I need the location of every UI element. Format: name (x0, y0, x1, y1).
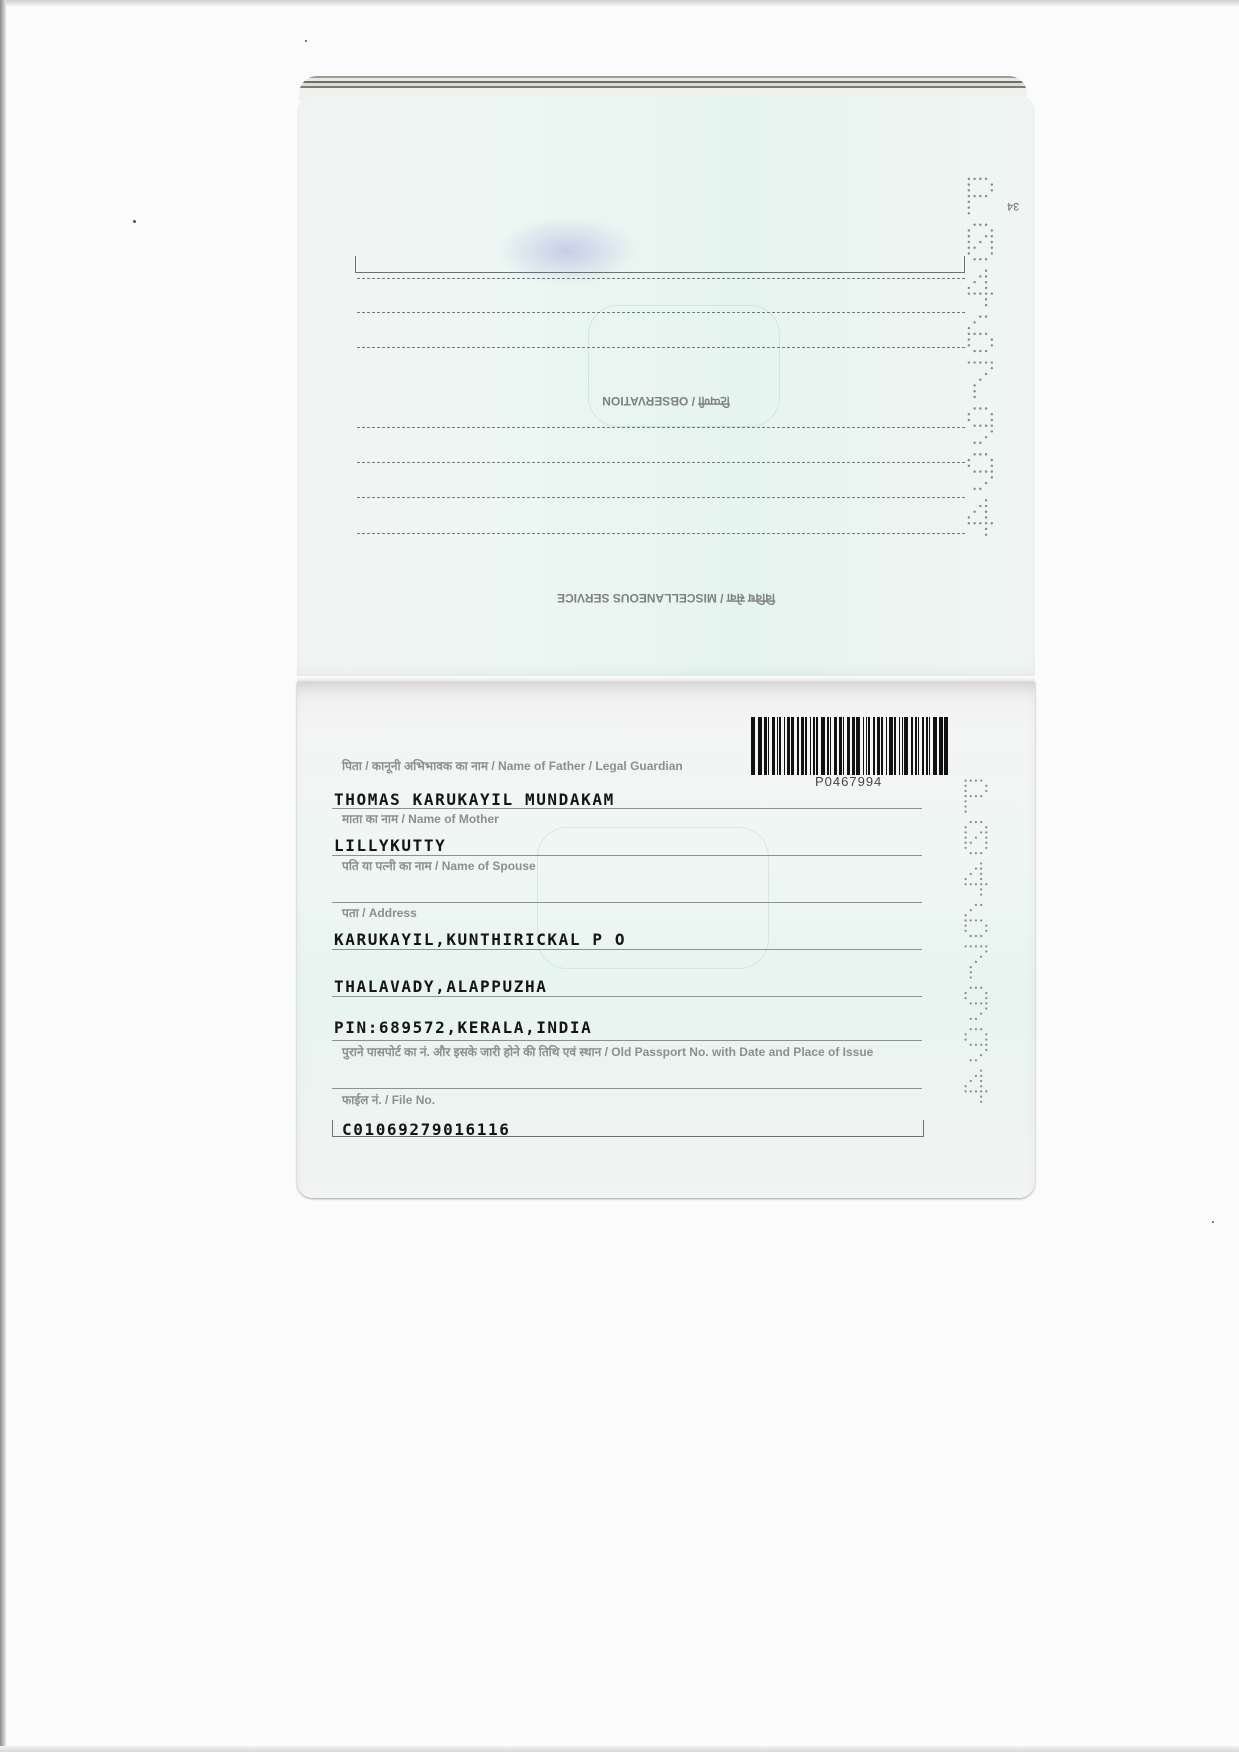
perforation-dot (968, 516, 970, 518)
perforation-dot (968, 189, 970, 191)
barcode-bar (899, 717, 900, 775)
spouse-name-label: पति या पत्नी का नाम / Name of Spouse (342, 857, 536, 874)
barcode-bar (904, 717, 908, 775)
perforation-dot (970, 1038, 972, 1040)
perforation-dot (979, 327, 981, 329)
perforation-dot (991, 430, 993, 432)
perforation-dot (973, 258, 975, 260)
perforation-dot (979, 470, 981, 472)
perforation-dot (968, 252, 970, 254)
perforation-dot (970, 821, 972, 823)
perforation-dot (991, 396, 993, 398)
perforation-dot (970, 976, 972, 978)
barcode-bar (779, 717, 781, 775)
perforation-dot (973, 499, 975, 501)
perforation-dot (964, 888, 966, 890)
perforation-dot (964, 1090, 966, 1092)
perforation-dot (973, 327, 975, 329)
perforation-dot (964, 1075, 966, 1077)
perforation-dot (975, 883, 977, 885)
perforation-dot (968, 459, 970, 461)
perforated-number (963, 778, 989, 1104)
perforation-dot (991, 183, 993, 185)
perforation-dot (968, 361, 970, 363)
perforation-dot (979, 390, 981, 392)
perforation-dot (968, 201, 970, 203)
perforation-dot (973, 195, 975, 197)
perforation-dot (991, 206, 993, 208)
perforation-dot (985, 287, 987, 289)
perforation-dot (964, 878, 966, 880)
perforation-dot (968, 247, 970, 249)
perforation-dot (975, 1044, 977, 1046)
perforation-dot (985, 522, 987, 524)
perforation-dot (991, 476, 993, 478)
perforation-dot (985, 904, 987, 906)
perforation-dot (985, 950, 987, 952)
perforation-dot (991, 419, 993, 421)
perforation-dot (985, 338, 987, 340)
perforation-dot (979, 292, 981, 294)
perforation-dot (964, 997, 966, 999)
observation-heading: टिप्पणी / OBSERVATION (297, 393, 1035, 410)
perforation-dot (980, 1095, 982, 1097)
barcode-bar (768, 717, 769, 775)
perforation-dot (973, 419, 975, 421)
perforation-dot (968, 511, 970, 513)
perforation-dot (970, 1002, 972, 1004)
file-number-label: फाईल नं. / File No. (342, 1091, 435, 1108)
perforation-dot (973, 511, 975, 513)
perforation-dot (964, 950, 966, 952)
perforation-dot (970, 800, 972, 802)
perforation-dot (964, 992, 966, 994)
perforation-dot (979, 465, 981, 467)
perforation-dot (991, 338, 993, 340)
perforation-dot (968, 287, 970, 289)
perforation-dot (964, 800, 966, 802)
perforation-dot (980, 1075, 982, 1077)
perforation-gap (970, 940, 972, 942)
perforation-dot (964, 1054, 966, 1056)
perforation-dot (964, 1080, 966, 1082)
perforation-dot (980, 976, 982, 978)
perforation-dot (968, 476, 970, 478)
barcode-number: P0467994 (815, 774, 882, 789)
perforation-dot (970, 997, 972, 999)
perforation-dot (975, 862, 977, 864)
perforation-dot (964, 930, 966, 932)
perforation-dot (985, 201, 987, 203)
perforation-dot (985, 847, 987, 849)
perforation-dot (985, 826, 987, 828)
perforation-dot (991, 275, 993, 277)
scan-edge-top (0, 0, 1239, 6)
perforation-dot (979, 424, 981, 426)
perforation-dot (985, 1090, 987, 1092)
perforation-dot (970, 878, 972, 880)
perforation-gap (985, 940, 987, 942)
perforation-dot (991, 315, 993, 317)
perforation-dot (979, 436, 981, 438)
perforation-dot (979, 430, 981, 432)
perforation-dot (968, 407, 970, 409)
perforation-dot (985, 831, 987, 833)
perforation-dot (968, 333, 970, 335)
perforation-dot (985, 873, 987, 875)
barcode-bar (863, 717, 864, 775)
observation-box (355, 256, 965, 273)
perforation-dot (964, 821, 966, 823)
perforation-dot (985, 1013, 987, 1015)
barcode-bar (805, 717, 807, 775)
perforation-dot (970, 836, 972, 838)
perforation-gap (964, 816, 966, 818)
perforation-dot (973, 224, 975, 226)
perforation-dot (979, 528, 981, 530)
perforation-dot (964, 826, 966, 828)
observation-page-rotated: विविध सेवा / MISCELLANEOUS SERVICE टिप्प… (297, 96, 1035, 682)
perforation-dot (991, 201, 993, 203)
observation-line (357, 278, 965, 279)
perforation-dot (968, 470, 970, 472)
perforation-dot (985, 852, 987, 854)
perforation-dot (980, 795, 982, 797)
perforation-dot (985, 842, 987, 844)
perforation-dot (985, 785, 987, 787)
perforation-dot (985, 258, 987, 260)
perforation-gap (991, 310, 993, 312)
perforation-dot (991, 361, 993, 363)
father-name-label: पिता / कानूनी अभिभावक का नाम / Name of F… (342, 757, 683, 774)
perforation-dot (991, 384, 993, 386)
perforation-dot (980, 992, 982, 994)
perforation-gap (985, 1064, 987, 1066)
perforation-dot (980, 1028, 982, 1030)
perforation-dot (980, 1002, 982, 1004)
perforation-dot (991, 298, 993, 300)
scan-speck (1212, 1221, 1214, 1223)
perforation-dot (980, 987, 982, 989)
perforation-dot (979, 396, 981, 398)
perforation-gap (991, 356, 993, 358)
perforation-dot (968, 384, 970, 386)
perforation-dot (975, 878, 977, 880)
perforation-dot (985, 470, 987, 472)
perforation-dot (979, 522, 981, 524)
perforation-dot (973, 424, 975, 426)
perforation-dot (985, 836, 987, 838)
perforation-dot (970, 826, 972, 828)
perforation-dot (973, 344, 975, 346)
perforation-dot (973, 183, 975, 185)
perforation-gap (991, 218, 993, 220)
perforation-dot (968, 315, 970, 317)
perforation-dot (975, 992, 977, 994)
perforation-dot (991, 407, 993, 409)
perforation-dot (979, 321, 981, 323)
perforation-dot (968, 367, 970, 369)
perforation-dot (991, 321, 993, 323)
perforation-dot (973, 379, 975, 381)
perforation-dot (985, 379, 987, 381)
perforation-dot (985, 350, 987, 352)
perforation-dot (970, 1018, 972, 1020)
perforation-gap (975, 1023, 977, 1025)
perforation-dot (979, 367, 981, 369)
perforation-dot (975, 1002, 977, 1004)
perforation-dot (979, 275, 981, 277)
perforation-gap (979, 356, 981, 358)
perforation-dot (970, 987, 972, 989)
perforation-dot (985, 1018, 987, 1020)
perforation-dot (973, 338, 975, 340)
perforation-gap (979, 264, 981, 266)
field-underline (332, 808, 922, 809)
perforation-dot (980, 997, 982, 999)
perforation-gap (968, 356, 970, 358)
perforation-dot (979, 516, 981, 518)
perforation-gap (991, 402, 993, 404)
perforation-dot (985, 419, 987, 421)
perforation-dot (975, 888, 977, 890)
perforation-gap (973, 402, 975, 404)
perforation-dot (979, 252, 981, 254)
perforation-dot (970, 1070, 972, 1072)
perforation-dot (975, 987, 977, 989)
perforation-dot (975, 873, 977, 875)
perforation-dot (980, 1085, 982, 1087)
perforation-dot (991, 459, 993, 461)
perforation-dot (964, 1013, 966, 1015)
perforation-dot (975, 925, 977, 927)
perforation-dot (964, 805, 966, 807)
barcode-bar (944, 717, 948, 775)
field-underline (332, 1088, 922, 1089)
perforation-dot (970, 919, 972, 921)
perforation-dot (973, 436, 975, 438)
perforation-dot (985, 499, 987, 501)
perforation-dot (975, 935, 977, 937)
perforation-dot (973, 505, 975, 507)
perforation-dot (973, 488, 975, 490)
perforation-dot (985, 511, 987, 513)
perforation-dot (979, 534, 981, 536)
perforation-dot (968, 292, 970, 294)
barcode-bar (918, 717, 919, 775)
perforation-dot (964, 925, 966, 927)
perforation-dot (964, 971, 966, 973)
perforation-dot (991, 235, 993, 237)
perforation-dot (973, 528, 975, 530)
perforation-gap (964, 1064, 966, 1066)
perforation-dot (985, 1049, 987, 1051)
perforation-gap (970, 1023, 972, 1025)
perforation-dot (980, 1038, 982, 1040)
perforation-dot (979, 229, 981, 231)
perforation-dot (985, 914, 987, 916)
perforation-dot (964, 1007, 966, 1009)
perforation-dot (985, 488, 987, 490)
scan-edge-bottom (0, 1746, 1239, 1752)
perforation-dot (968, 178, 970, 180)
perforation-dot (964, 1028, 966, 1030)
barcode-bar (847, 717, 850, 775)
perforation-dot (985, 292, 987, 294)
perforation-gap (980, 940, 982, 942)
perforation-dot (980, 811, 982, 813)
perforation-dot (979, 183, 981, 185)
perforation-dot (970, 914, 972, 916)
observation-line (357, 497, 965, 498)
perforation-gap (968, 447, 970, 449)
perforation-dot (968, 424, 970, 426)
perforation-dot (979, 269, 981, 271)
perforation-dot (973, 201, 975, 203)
perforation-dot (991, 189, 993, 191)
perforation-dot (970, 873, 972, 875)
perforation-dot (980, 826, 982, 828)
perforation-dot (968, 522, 970, 524)
perforation-gap (985, 218, 987, 220)
perforation-dot (973, 178, 975, 180)
perforation-dot (979, 488, 981, 490)
barcode-bar (933, 717, 937, 775)
perforation-dot (970, 1054, 972, 1056)
perforation-gap (970, 899, 972, 901)
perforation-dot (991, 413, 993, 415)
perforation-dot (970, 1075, 972, 1077)
perforation-dot (991, 350, 993, 352)
perforation-dot (964, 811, 966, 813)
perforation-dot (964, 961, 966, 963)
perforation-gap (964, 940, 966, 942)
perforation-dot (991, 499, 993, 501)
perforation-dot (979, 511, 981, 513)
perforation-dot (985, 930, 987, 932)
perforation-dot (979, 241, 981, 243)
perforation-dot (980, 919, 982, 921)
perforation-dot (973, 482, 975, 484)
perforation-dot (970, 930, 972, 932)
perforation-dot (980, 1090, 982, 1092)
barcode-bar (894, 717, 896, 775)
perforation-dot (968, 419, 970, 421)
perforation-dot (979, 361, 981, 363)
perforation-dot (968, 390, 970, 392)
perforation-dot (973, 442, 975, 444)
barcode-bar (816, 717, 818, 775)
old-passport-label: पुराने पासपोर्ट का नं. और इसके जारी होने… (342, 1043, 873, 1060)
perforation-dot (973, 390, 975, 392)
perforation-dot (968, 373, 970, 375)
barcode-bar (886, 717, 887, 775)
barcode-bar (889, 717, 893, 775)
perforation-dot (975, 1101, 977, 1103)
perforation-dot (975, 831, 977, 833)
perforation-dot (985, 528, 987, 530)
perforation-dot (980, 1070, 982, 1072)
perforation-dot (968, 430, 970, 432)
barcode-bar (856, 717, 860, 775)
perforation-dot (970, 1059, 972, 1061)
perforation-dot (991, 470, 993, 472)
perforation-dot (968, 327, 970, 329)
perforation-dot (973, 206, 975, 208)
perforation-gap (973, 264, 975, 266)
perforation-dot (985, 976, 987, 978)
perforation-dot (964, 945, 966, 947)
perforation-dot (979, 419, 981, 421)
observation-line (357, 462, 965, 463)
perforation-dot (973, 229, 975, 231)
perforation-dot (970, 909, 972, 911)
perforation-dot (991, 442, 993, 444)
perforation-dot (970, 1013, 972, 1015)
perforation-dot (968, 465, 970, 467)
perforation-dot (985, 795, 987, 797)
perforation-gap (985, 264, 987, 266)
perforation-dot (964, 785, 966, 787)
perforation-dot (985, 1038, 987, 1040)
perforation-dot (964, 836, 966, 838)
perforation-dot (968, 350, 970, 352)
perforation-dot (964, 831, 966, 833)
perforation-dot (970, 790, 972, 792)
perforation-dot (970, 811, 972, 813)
perforation-dot (985, 888, 987, 890)
perforation-dot (985, 476, 987, 478)
perforation-dot (975, 1080, 977, 1082)
perforation-dot (979, 298, 981, 300)
perforation-dot (968, 195, 970, 197)
perforation-dot (985, 413, 987, 415)
perforation-gap (970, 816, 972, 818)
perforation-gap (975, 982, 977, 984)
perforation-dot (973, 407, 975, 409)
perforation-dot (991, 424, 993, 426)
perforation-dot (975, 909, 977, 911)
perforation-dot (968, 528, 970, 530)
perforation-dot (973, 470, 975, 472)
perforation-dot (968, 379, 970, 381)
perforation-dot (964, 987, 966, 989)
perforation-dot (985, 298, 987, 300)
perforation-dot (968, 224, 970, 226)
barcode-bar (939, 717, 943, 775)
perforation-dot (991, 224, 993, 226)
perforation-dot (985, 373, 987, 375)
perforation-dot (979, 459, 981, 461)
perforation-dot (968, 344, 970, 346)
observation-line (357, 533, 965, 534)
barcode-bar (810, 717, 811, 775)
barcode-bar (926, 717, 928, 775)
perforation-dot (991, 304, 993, 306)
perforation-dot (975, 945, 977, 947)
perforation-dot (985, 992, 987, 994)
barcode-bar (821, 717, 825, 775)
perforation-dot (979, 442, 981, 444)
perforation-dot (985, 224, 987, 226)
perforation-dot (985, 1075, 987, 1077)
perforation-dot (975, 1018, 977, 1020)
perforation-dot (968, 212, 970, 214)
perforation-gap (985, 310, 987, 312)
perforation-gap (975, 816, 977, 818)
perforation-dot (970, 945, 972, 947)
perforation-dot (970, 925, 972, 927)
